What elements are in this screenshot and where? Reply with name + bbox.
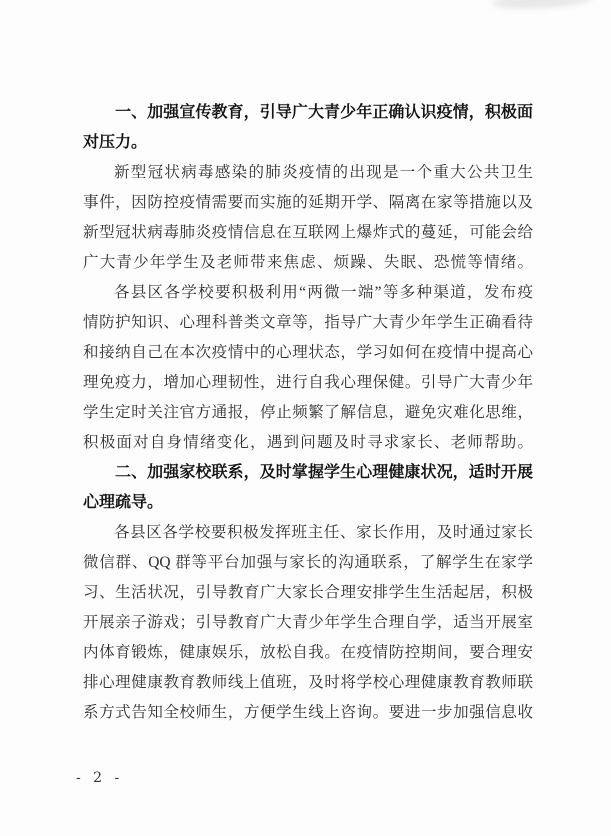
heading-2-line: 二、加强家校联系，及时掌握学生心理健康状况，适时开展 xyxy=(83,458,533,488)
page-number: - 2 - xyxy=(76,770,123,786)
paragraph-2-line: 和接纳自己在本次疫情中的心理状态，学习如何在疫情中提高心 xyxy=(83,338,533,368)
paragraph-3-line: 排心理健康教育教师线上值班，及时将学校心理健康教育教师联 xyxy=(83,668,533,698)
paragraph-1-line: 新型冠状病毒肺炎疫情信息在互联网上爆炸式的蔓延，可能会给 xyxy=(83,218,533,248)
paragraph-2-line: 情防护知识、心理科普类文章等，指导广大青少年学生正确看待 xyxy=(83,308,533,338)
paragraph-3-line: 微信群、QQ 群等平台加强与家长的沟通联系，了解学生在家学 xyxy=(83,548,533,578)
paragraph-3-line: 各县区各学校要积极发挥班主任、家长作用，及时通过家长 xyxy=(83,518,533,548)
paragraph-1-line: 广大青少年学生及老师带来焦虑、烦躁、失眠、恐慌等情绪。 xyxy=(83,248,533,278)
paragraph-3-line: 内体育锻炼，健康娱乐，放松自我。在疫情防控期间，要合理安 xyxy=(83,638,533,668)
paragraph-2-line: 理免疫力，增加心理韧性，进行自我心理保健。引导广大青少年 xyxy=(83,368,533,398)
heading-1-line: 对压力。 xyxy=(83,128,533,158)
paragraph-3-line: 系方式告知全校师生，方便学生线上咨询。要进一步加强信息收 xyxy=(83,698,533,728)
paragraph-1-line: 新型冠状病毒感染的肺炎疫情的出现是一个重大公共卫生 xyxy=(83,158,533,188)
paragraph-2-line: 积极面对自身情绪变化，遇到问题及时寻求家长、老师帮助。 xyxy=(83,428,533,458)
scan-artifact xyxy=(492,0,593,11)
document-content: 一、加强宣传教育，引导广大青少年正确认识疫情，积极面 对压力。 新型冠状病毒感染… xyxy=(83,98,533,728)
paragraph-2-line: 各县区各学校要积极利用“两微一端”等多种渠道，发布疫 xyxy=(83,278,533,308)
heading-2-line: 心理疏导。 xyxy=(83,488,533,518)
paragraph-1-line: 事件，因防控疫情需要而实施的延期开学、隔离在家等措施以及 xyxy=(83,188,533,218)
paragraph-3-line: 习、生活状况，引导教育广大家长合理安排学生生活起居，积极 xyxy=(83,578,533,608)
paragraph-3-line: 开展亲子游戏；引导教育广大青少年学生合理自学，适当开展室 xyxy=(83,608,533,638)
heading-1-line: 一、加强宣传教育，引导广大青少年正确认识疫情，积极面 xyxy=(83,98,533,128)
document-page: 一、加强宣传教育，引导广大青少年正确认识疫情，积极面 对压力。 新型冠状病毒感染… xyxy=(0,0,611,836)
paragraph-2-line: 学生定时关注官方通报，停止频繁了解信息，避免灾难化思维， xyxy=(83,398,533,428)
